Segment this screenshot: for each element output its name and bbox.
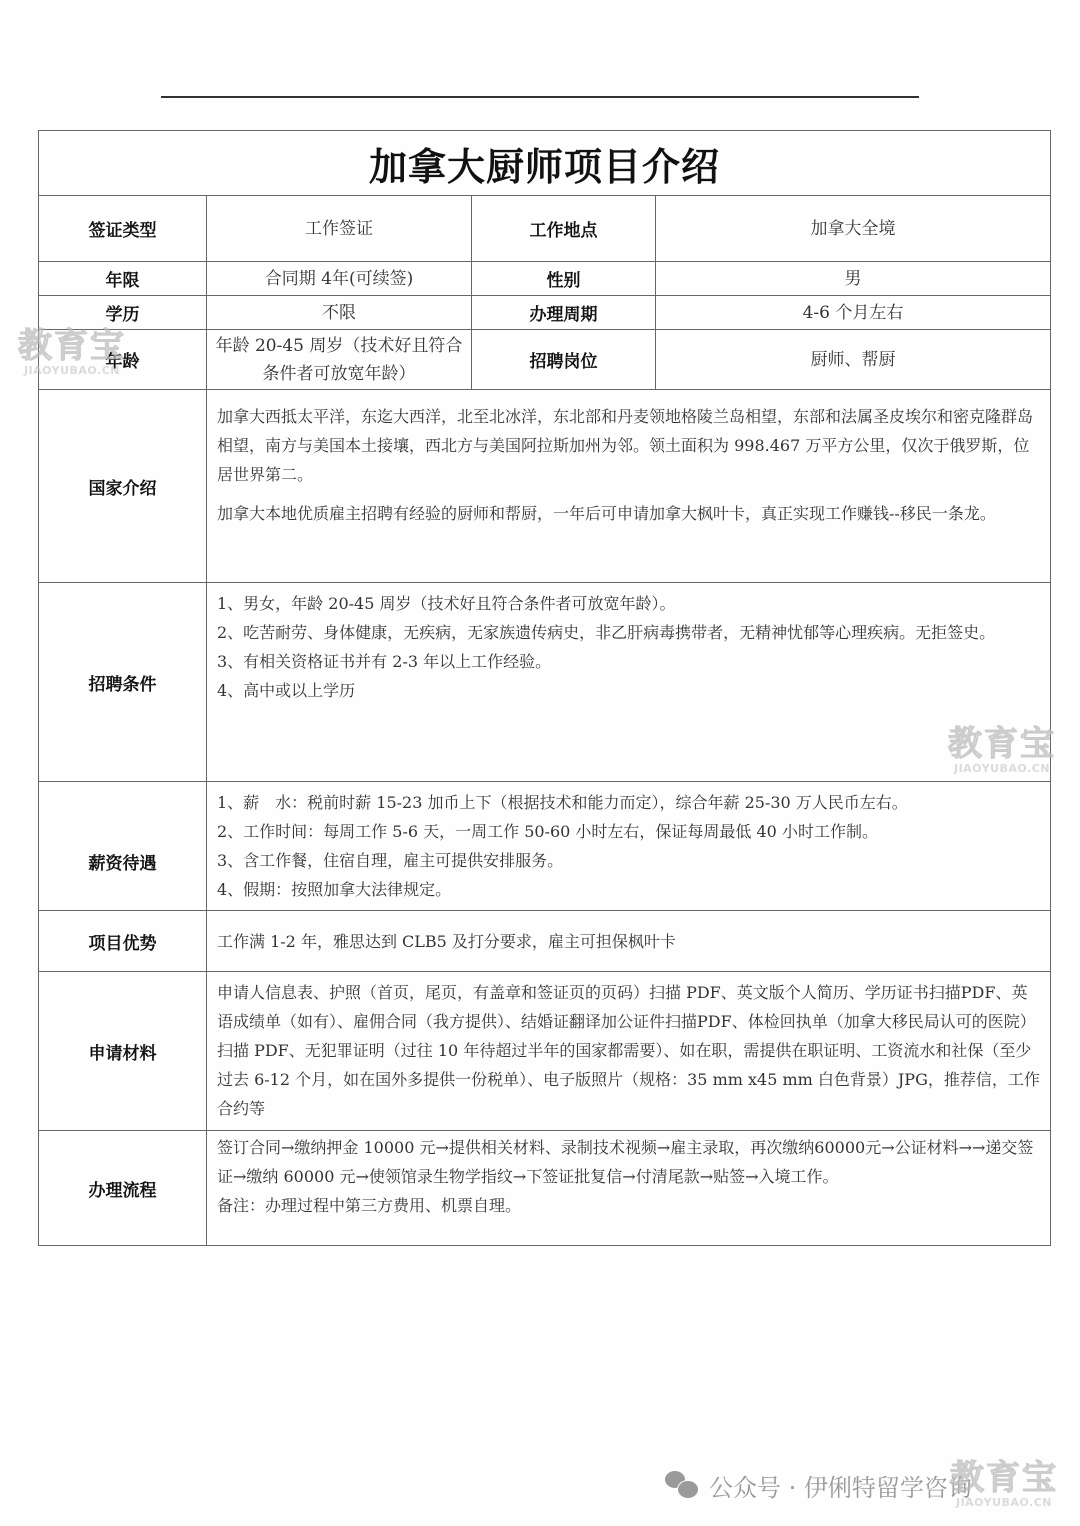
label-education: 学历	[39, 296, 207, 330]
section-salary: 薪资待遇 1、薪 水：税前时薪 15-23 加币上下（根据技术和能力而定），综合…	[39, 782, 1051, 911]
label-processing-time: 办理周期	[472, 296, 656, 330]
label-age: 年龄	[39, 330, 207, 390]
requirement-item: 4、高中或以上学历	[217, 676, 1040, 705]
salary-item: 3、含工作餐，住宿自理，雇主可提供安排服务。	[217, 846, 1040, 875]
country-paragraph: 加拿大西抵太平洋，东迄大西洋，北至北冰洋，东北部和丹麦领地格陵兰岛相望，东部和法…	[217, 402, 1040, 489]
info-row: 年限 合同期 4年(可续签) 性别 男	[39, 262, 1051, 296]
label-work-location: 工作地点	[472, 196, 656, 262]
label-process: 办理流程	[39, 1131, 207, 1246]
info-row: 学历 不限 办理周期 4-6 个月左右	[39, 296, 1051, 330]
label-salary: 薪资待遇	[39, 782, 207, 911]
info-row: 年龄 年龄 20-45 周岁（技术好且符合条件者可放宽年龄） 招聘岗位 厨师、帮…	[39, 330, 1051, 390]
country-paragraph: 加拿大本地优质雇主招聘有经验的厨师和帮厨，一年后可申请加拿大枫叶卡，真正实现工作…	[217, 499, 1040, 528]
top-divider-line	[161, 96, 919, 98]
section-materials: 申请材料 申请人信息表、护照（首页，尾页，有盖章和签证页的页码）扫描 PDF、英…	[39, 972, 1051, 1131]
process-note: 备注：办理过程中第三方费用、机票自理。	[217, 1191, 1040, 1220]
value-position: 厨师、帮厨	[656, 330, 1051, 390]
requirement-item: 3、有相关资格证书并有 2-3 年以上工作经验。	[217, 647, 1040, 676]
salary-item: 2、工作时间：每周工作 5-6 天，一周工作 50-60 小时左右，保证每周最低…	[217, 817, 1040, 846]
value-visa-type: 工作签证	[207, 196, 472, 262]
materials-text: 申请人信息表、护照（首页，尾页，有盖章和签证页的页码）扫描 PDF、英文版个人简…	[207, 972, 1051, 1131]
advantage-text: 工作满 1-2 年，雅思达到 CLB5 及打分要求，雇主可担保枫叶卡	[207, 911, 1051, 972]
section-requirements: 招聘条件 1、男女，年龄 20-45 周岁（技术好且符合条件者可放宽年龄）。 2…	[39, 583, 1051, 782]
requirement-item: 2、吃苦耐劳、身体健康，无疾病，无家族遗传病史，非乙肝病毒携带者，无精神忧郁等心…	[217, 618, 1040, 647]
value-processing-time: 4-6 个月左右	[656, 296, 1051, 330]
salary-item: 4、假期：按照加拿大法律规定。	[217, 875, 1040, 904]
value-age: 年龄 20-45 周岁（技术好且符合条件者可放宽年龄）	[207, 330, 472, 390]
requirement-item: 1、男女，年龄 20-45 周岁（技术好且符合条件者可放宽年龄）。	[217, 589, 1040, 618]
label-gender: 性别	[472, 262, 656, 296]
label-materials: 申请材料	[39, 972, 207, 1131]
salary-item: 1、薪 水：税前时薪 15-23 加币上下（根据技术和能力而定），综合年薪 25…	[217, 788, 1040, 817]
label-term: 年限	[39, 262, 207, 296]
section-process: 办理流程 签订合同→缴纳押金 10000 元→提供相关材料、录制技术视频→雇主录…	[39, 1131, 1051, 1246]
value-term: 合同期 4年(可续签)	[207, 262, 472, 296]
section-advantage: 项目优势 工作满 1-2 年，雅思达到 CLB5 及打分要求，雇主可担保枫叶卡	[39, 911, 1051, 972]
process-text: 签订合同→缴纳押金 10000 元→提供相关材料、录制技术视频→雇主录取，再次缴…	[217, 1133, 1040, 1191]
label-advantage: 项目优势	[39, 911, 207, 972]
label-visa-type: 签证类型	[39, 196, 207, 262]
wechat-icon	[665, 1471, 699, 1501]
footer-text: 公众号 · 伊俐特留学咨询	[709, 1468, 972, 1503]
footer-account: 公众号 · 伊俐特留学咨询	[665, 1468, 972, 1503]
section-country: 国家介绍 加拿大西抵太平洋，东迄大西洋，北至北冰洋，东北部和丹麦领地格陵兰岛相望…	[39, 390, 1051, 583]
value-work-location: 加拿大全境	[656, 196, 1051, 262]
project-table: 加拿大厨师项目介绍 签证类型 工作签证 工作地点 加拿大全境 年限 合同期 4年…	[38, 130, 1051, 1246]
value-education: 不限	[207, 296, 472, 330]
label-country-intro: 国家介绍	[39, 390, 207, 583]
document-title: 加拿大厨师项目介绍	[39, 131, 1051, 196]
value-gender: 男	[656, 262, 1051, 296]
label-position: 招聘岗位	[472, 330, 656, 390]
info-row: 签证类型 工作签证 工作地点 加拿大全境	[39, 196, 1051, 262]
label-requirements: 招聘条件	[39, 583, 207, 782]
